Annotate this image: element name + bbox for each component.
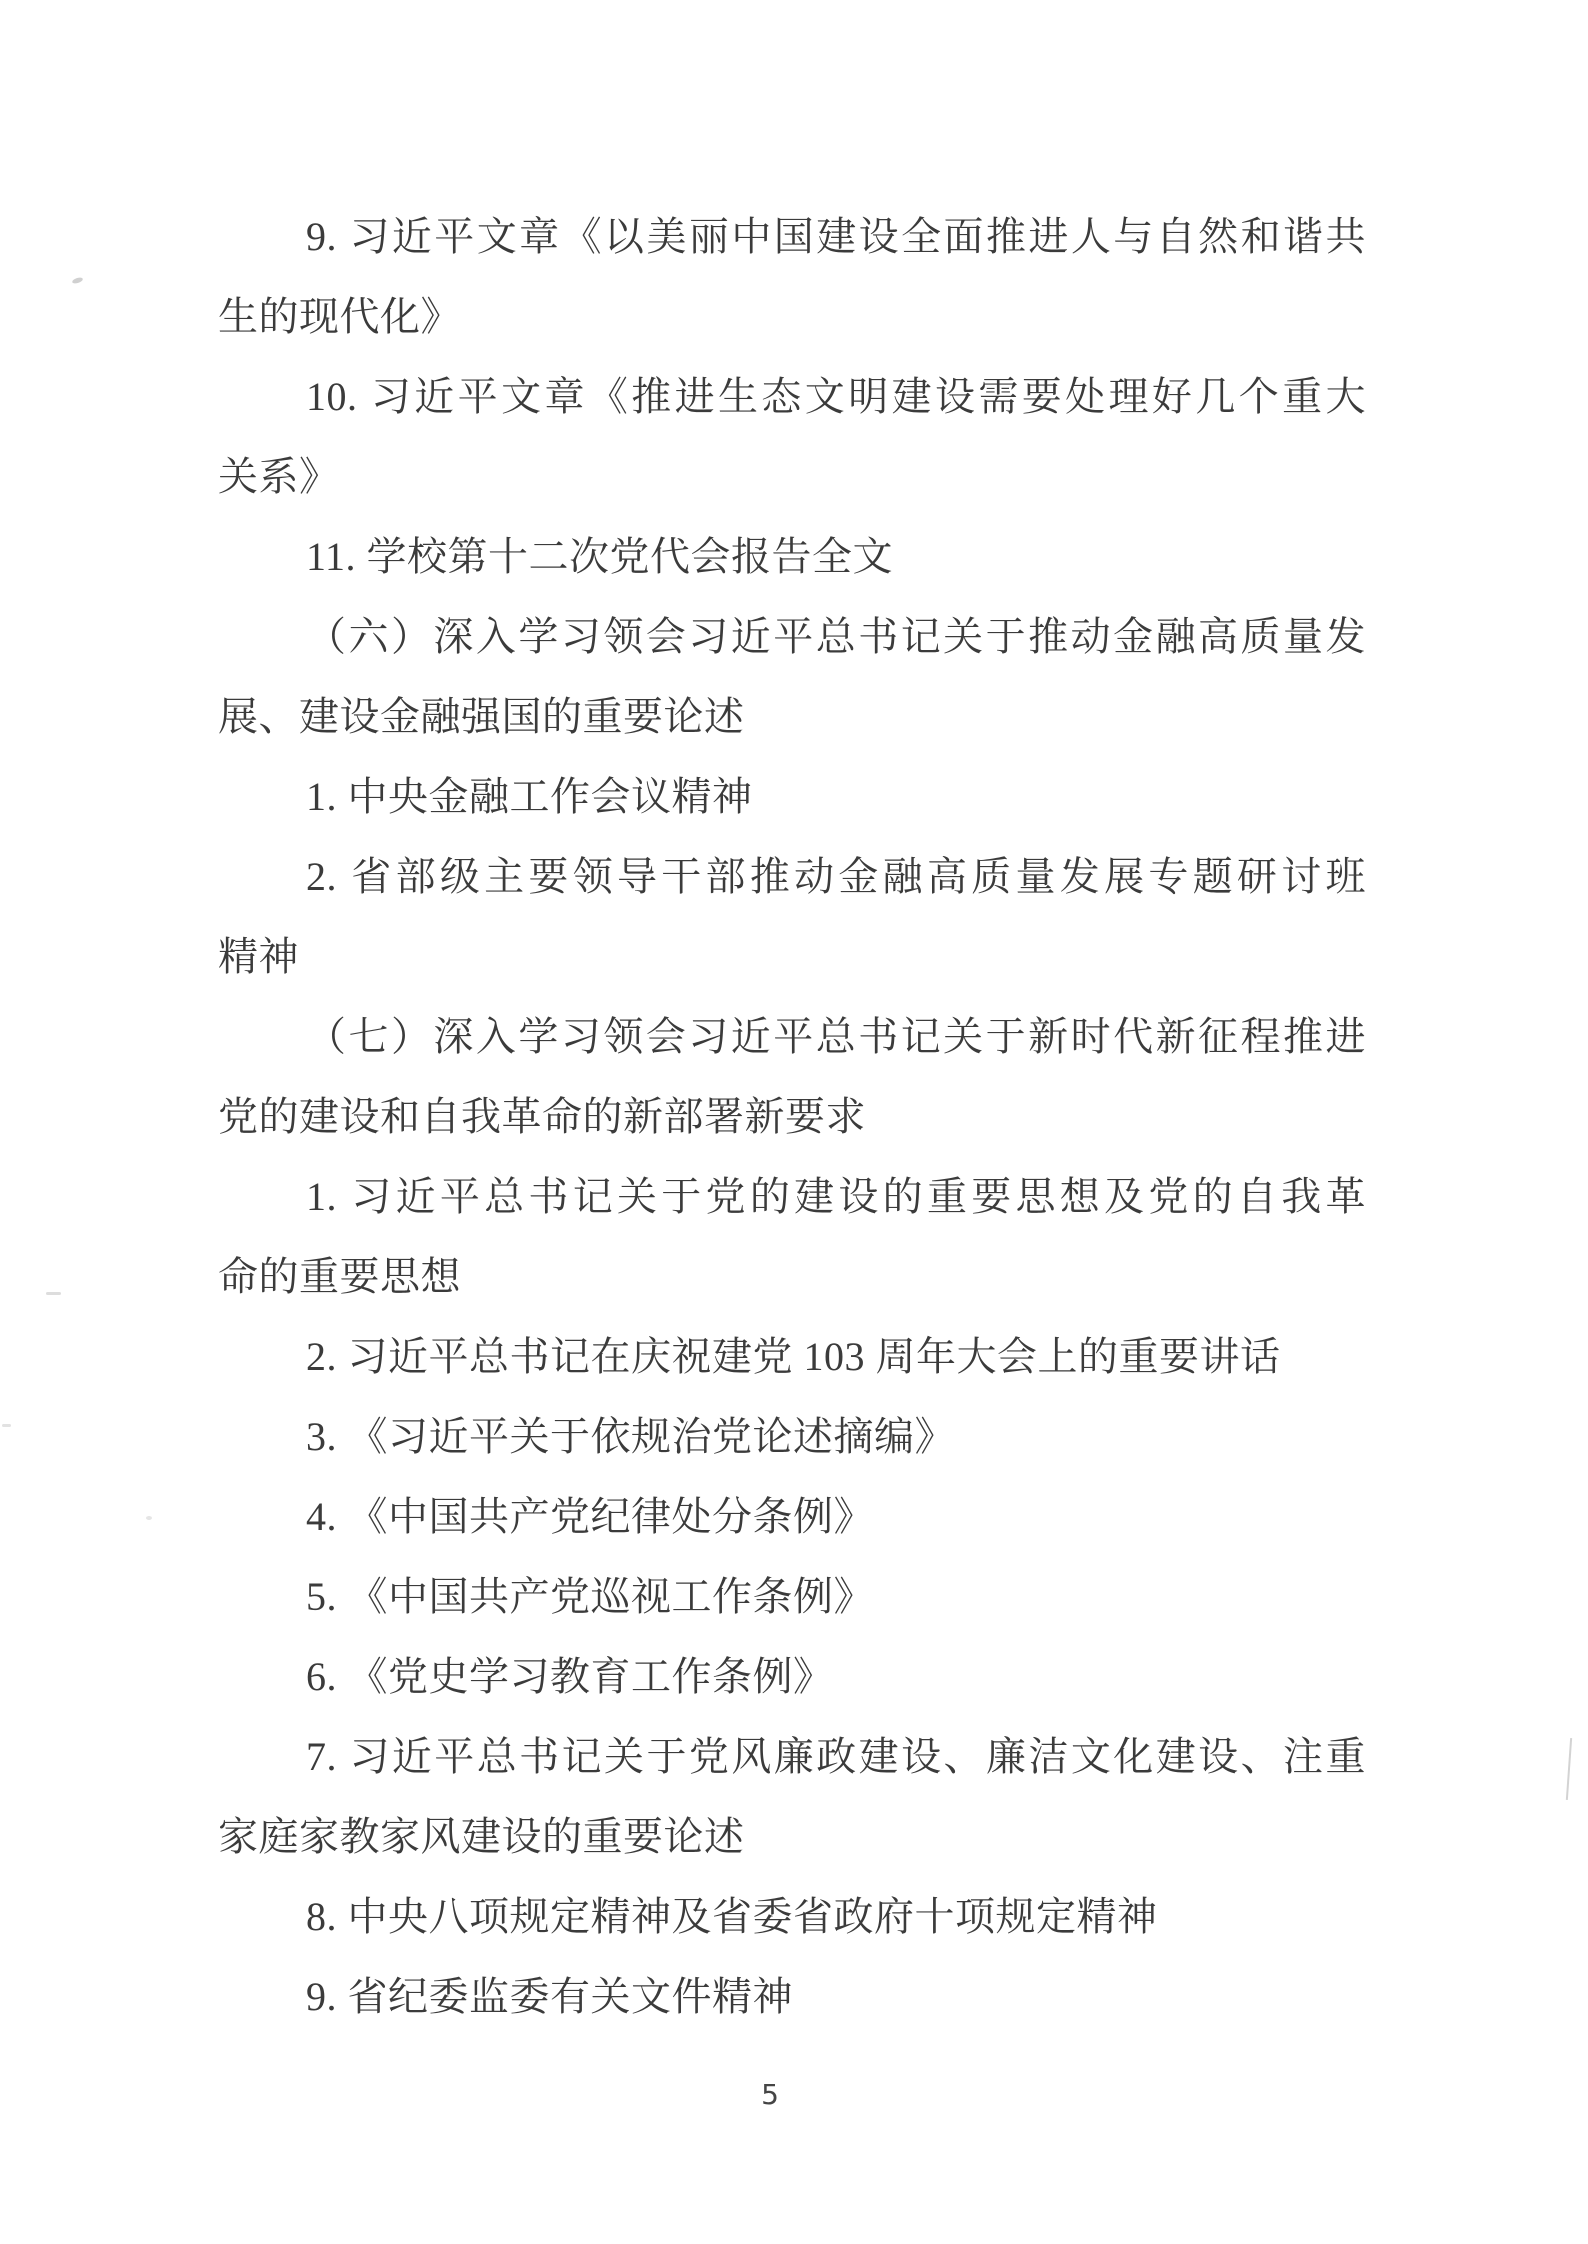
scan-artifact: [146, 1516, 152, 1520]
scan-artifact: [2, 1424, 11, 1427]
text-line: 5. 《中国共产党巡视工作条例》: [218, 1557, 1366, 1637]
document-page: 9. 习近平文章《以美丽中国建设全面推进人与自然和谐共生的现代化》10. 习近平…: [0, 0, 1588, 2244]
text-line: （六）深入学习领会习近平总书记关于推动金融高质量发: [218, 597, 1366, 677]
scan-artifact: [71, 276, 83, 284]
text-line: 展、建设金融强国的重要论述: [218, 677, 1366, 757]
text-line: 1. 中央金融工作会议精神: [218, 757, 1366, 837]
text-line: 3. 《习近平关于依规治党论述摘编》: [218, 1397, 1366, 1477]
text-line: 党的建设和自我革命的新部署新要求: [218, 1077, 1366, 1157]
text-line: 精神: [218, 917, 1366, 997]
text-line: 1. 习近平总书记关于党的建设的重要思想及党的自我革: [218, 1157, 1366, 1237]
text-line: 11. 学校第十二次党代会报告全文: [218, 517, 1366, 597]
text-line: 命的重要思想: [218, 1237, 1366, 1317]
text-line: （七）深入学习领会习近平总书记关于新时代新征程推进: [218, 997, 1366, 1077]
text-line: 家庭家教家风建设的重要论述: [218, 1797, 1366, 1877]
text-line: 10. 习近平文章《推进生态文明建设需要处理好几个重大: [218, 357, 1366, 437]
text-line: 关系》: [218, 437, 1366, 517]
text-line: 7. 习近平总书记关于党风廉政建设、廉洁文化建设、注重: [218, 1717, 1366, 1797]
document-body: 9. 习近平文章《以美丽中国建设全面推进人与自然和谐共生的现代化》10. 习近平…: [218, 197, 1366, 2037]
scan-artifact: [46, 1292, 61, 1295]
text-line: 6. 《党史学习教育工作条例》: [218, 1637, 1366, 1717]
scan-artifact: [1566, 1738, 1572, 1800]
text-line: 9. 习近平文章《以美丽中国建设全面推进人与自然和谐共: [218, 197, 1366, 277]
text-line: 2. 习近平总书记在庆祝建党 103 周年大会上的重要讲话: [218, 1317, 1366, 1397]
text-line: 4. 《中国共产党纪律处分条例》: [218, 1477, 1366, 1557]
page-number: 5: [0, 2078, 1540, 2111]
text-line: 8. 中央八项规定精神及省委省政府十项规定精神: [218, 1877, 1366, 1957]
text-line: 2. 省部级主要领导干部推动金融高质量发展专题研讨班: [218, 837, 1366, 917]
text-line: 9. 省纪委监委有关文件精神: [218, 1957, 1366, 2037]
text-line: 生的现代化》: [218, 277, 1366, 357]
